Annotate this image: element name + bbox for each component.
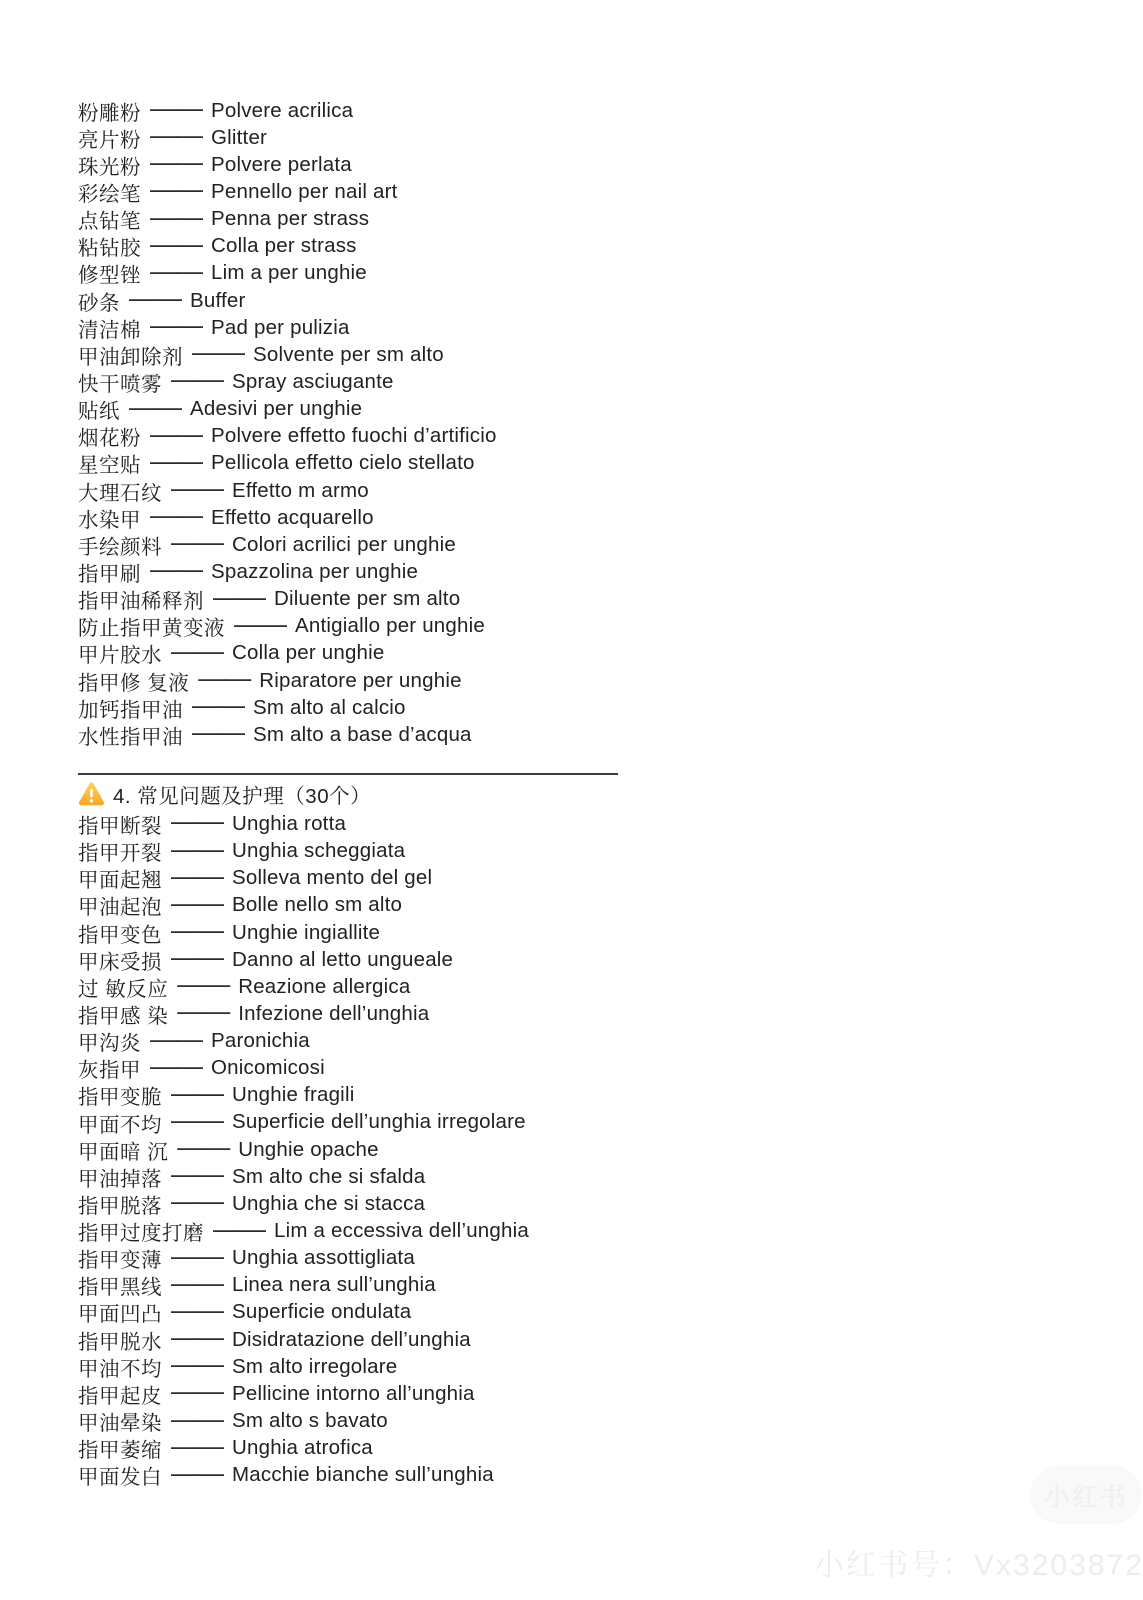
term-italian: Glitter	[211, 126, 267, 150]
term-chinese: 贴纸	[78, 394, 120, 424]
term-chinese: 砂条	[78, 286, 120, 316]
vocab-row: 加钙指甲油 —— Sm alto al calcio	[78, 694, 618, 721]
term-chinese: 粉雕粉	[78, 96, 141, 126]
vocab-row: 指甲变薄 —— Unghia assottigliata	[78, 1245, 618, 1272]
vocab-row: 水染甲 —— Effetto acquarello	[78, 504, 618, 531]
term-chinese: 甲面凹凸	[78, 1297, 162, 1327]
term-italian: Macchie bianche sull’unghia	[232, 1463, 494, 1487]
dash-separator: ——	[150, 149, 202, 176]
term-italian: Polvere acrilica	[211, 99, 353, 123]
dash-separator: ——	[150, 231, 202, 258]
dash-separator: ——	[177, 998, 229, 1025]
term-italian: Colla per strass	[211, 234, 357, 258]
term-chinese: 指甲开裂	[78, 836, 162, 866]
vocab-row: 指甲变脆 —— Unghie fragili	[78, 1082, 618, 1109]
dash-separator: ——	[192, 339, 244, 366]
term-chinese: 甲油不均	[78, 1352, 162, 1382]
term-italian: Solvente per sm alto	[253, 343, 444, 367]
term-chinese: 指甲修 复液	[78, 666, 189, 696]
term-italian: Spray asciugante	[232, 370, 394, 394]
vocab-row: 清洁棉 —— Pad per pulizia	[78, 314, 618, 341]
vocab-row: 甲面发白 —— Macchie bianche sull’unghia	[78, 1462, 618, 1489]
dash-separator: ——	[171, 890, 223, 917]
vocab-row: 指甲萎缩 —— Unghia atrofica	[78, 1435, 618, 1462]
term-chinese: 水染甲	[78, 503, 141, 533]
term-italian: Infezione dell’unghia	[238, 1002, 429, 1026]
vocab-row: 甲面凹凸 —— Superficie ondulata	[78, 1299, 618, 1326]
vocab-row: 灰指甲 —— Onicomicosi	[78, 1055, 618, 1082]
vocab-row: 指甲开裂 —— Unghia scheggiata	[78, 838, 618, 865]
dash-separator: ——	[192, 692, 244, 719]
vocab-row: 指甲过度打磨 —— Lim a eccessiva dell’unghia	[78, 1217, 618, 1244]
term-chinese: 指甲变脆	[78, 1080, 162, 1110]
dash-separator: ——	[213, 1216, 265, 1243]
term-italian: Antigiallo per unghie	[295, 614, 485, 638]
term-chinese: 甲油掉落	[78, 1162, 162, 1192]
term-chinese: 甲面起翘	[78, 863, 162, 893]
term-italian: Unghia che si stacca	[232, 1192, 425, 1216]
term-chinese: 甲面不均	[78, 1108, 162, 1138]
dash-separator: ——	[150, 95, 202, 122]
term-chinese: 指甲变色	[78, 918, 162, 948]
term-chinese: 指甲脱水	[78, 1325, 162, 1355]
dash-separator: ——	[150, 1026, 202, 1053]
term-italian: Unghie opache	[238, 1138, 379, 1162]
vocab-row: 甲油不均 —— Sm alto irregolare	[78, 1353, 618, 1380]
term-italian: Unghia assottigliata	[232, 1246, 415, 1270]
term-chinese: 加钙指甲油	[78, 693, 183, 723]
term-chinese: 指甲黑线	[78, 1270, 162, 1300]
dash-separator: ——	[177, 971, 229, 998]
term-italian: Polvere perlata	[211, 153, 352, 177]
term-chinese: 过 敏反应	[78, 972, 168, 1002]
term-italian: Polvere effetto fuochi d’artificio	[211, 424, 497, 448]
term-chinese: 指甲脱落	[78, 1189, 162, 1219]
dash-separator: ——	[150, 122, 202, 149]
dash-separator: ——	[171, 1460, 223, 1487]
dash-separator: ——	[171, 366, 223, 393]
term-chinese: 甲片胶水	[78, 638, 162, 668]
vocab-row: 指甲变色 —— Unghie ingiallite	[78, 919, 618, 946]
warning-icon	[78, 781, 105, 807]
dash-separator: ——	[171, 808, 223, 835]
vocab-row: 指甲油稀释剂 —— Diluente per sm alto	[78, 586, 618, 613]
dash-separator: ——	[171, 1243, 223, 1270]
term-chinese: 亮片粉	[78, 123, 141, 153]
vocab-row: 防止指甲黄变液 —— Antigiallo per unghie	[78, 613, 618, 640]
term-chinese: 甲油晕染	[78, 1406, 162, 1436]
vocab-row: 指甲刷 —— Spazzolina per unghie	[78, 558, 618, 585]
vocab-row: 甲片胶水 —— Colla per unghie	[78, 640, 618, 667]
term-chinese: 彩绘笔	[78, 177, 141, 207]
dash-separator: ——	[171, 638, 223, 665]
dash-separator: ——	[198, 665, 250, 692]
term-italian: Paronichia	[211, 1029, 310, 1053]
term-italian: Riparatore per unghie	[259, 669, 462, 693]
term-italian: Diluente per sm alto	[274, 587, 460, 611]
vocab-row: 星空贴 —— Pellicola effetto cielo stellato	[78, 450, 618, 477]
vocab-row: 甲油晕染 —— Sm alto s bavato	[78, 1407, 618, 1434]
term-italian: Danno al letto ungueale	[232, 948, 453, 972]
term-chinese: 烟花粉	[78, 421, 141, 451]
term-italian: Penna per strass	[211, 207, 369, 231]
dash-separator: ——	[171, 1351, 223, 1378]
dash-separator: ——	[171, 1161, 223, 1188]
term-chinese: 指甲油稀释剂	[78, 584, 204, 614]
dash-separator: ——	[171, 475, 223, 502]
dash-separator: ——	[171, 1270, 223, 1297]
dash-separator: ——	[150, 448, 202, 475]
vocab-row: 水性指甲油 —— Sm alto a base d’acqua	[78, 721, 618, 748]
vocab-row: 过 敏反应 —— Reazione allergica	[78, 973, 618, 1000]
term-chinese: 点钻笔	[78, 204, 141, 234]
dash-separator: ——	[171, 917, 223, 944]
term-italian: Unghie fragili	[232, 1083, 354, 1107]
vocab-row: 甲面暗 沉 —— Unghie opache	[78, 1136, 618, 1163]
dash-separator: ——	[150, 312, 202, 339]
section-divider	[78, 773, 618, 775]
term-chinese: 指甲断裂	[78, 809, 162, 839]
vocab-row: 指甲脱落 —— Unghia che si stacca	[78, 1190, 618, 1217]
dash-separator: ——	[171, 1378, 223, 1405]
term-italian: Disidratazione dell’unghia	[232, 1328, 471, 1352]
term-chinese: 灰指甲	[78, 1053, 141, 1083]
term-italian: Buffer	[190, 289, 246, 313]
term-chinese: 指甲萎缩	[78, 1433, 162, 1463]
term-italian: Sm alto a base d’acqua	[253, 723, 472, 747]
term-italian: Unghie ingiallite	[232, 921, 380, 945]
vocab-row: 指甲起皮 —— Pellicine intorno all’unghia	[78, 1380, 618, 1407]
section-header: 4. 常见问题及护理（30个）	[78, 778, 618, 810]
term-chinese: 甲沟炎	[78, 1026, 141, 1056]
term-italian: Lim a per unghie	[211, 261, 367, 285]
dash-separator: ——	[171, 1324, 223, 1351]
dash-separator: ——	[192, 719, 244, 746]
vocab-row: 指甲修 复液 —— Riparatore per unghie	[78, 667, 618, 694]
vocab-row: 甲油卸除剂 —— Solvente per sm alto	[78, 341, 618, 368]
term-italian: Pellicola effetto cielo stellato	[211, 451, 475, 475]
problems-vocab-list: 指甲断裂 —— Unghia rotta 指甲开裂 —— Unghia sche…	[78, 810, 618, 1489]
dash-separator: ——	[171, 1080, 223, 1107]
dash-separator: ——	[171, 944, 223, 971]
term-chinese: 清洁棉	[78, 313, 141, 343]
dash-separator: ——	[150, 556, 202, 583]
vocab-row: 指甲脱水 —— Disidratazione dell’unghia	[78, 1326, 618, 1353]
dash-separator: ——	[171, 1406, 223, 1433]
term-italian: Onicomicosi	[211, 1056, 325, 1080]
term-italian: Sm alto s bavato	[232, 1409, 388, 1433]
term-italian: Linea nera sull’unghia	[232, 1273, 436, 1297]
term-italian: Effetto m armo	[232, 479, 369, 503]
term-italian: Sm alto che si sfalda	[232, 1165, 425, 1189]
dash-separator: ——	[177, 1134, 229, 1161]
vocab-row: 甲面不均 —— Superficie dell’unghia irregolar…	[78, 1109, 618, 1136]
vocab-row: 甲面起翘 —— Solleva mento del gel	[78, 865, 618, 892]
dash-separator: ——	[129, 394, 181, 421]
vocab-row: 指甲黑线 —— Linea nera sull’unghia	[78, 1272, 618, 1299]
dash-separator: ——	[171, 1297, 223, 1324]
dash-separator: ——	[150, 421, 202, 448]
term-italian: Sm alto al calcio	[253, 696, 406, 720]
term-italian: Unghia scheggiata	[232, 839, 405, 863]
dash-separator: ——	[213, 584, 265, 611]
term-italian: Lim a eccessiva dell’unghia	[274, 1219, 529, 1243]
dash-separator: ——	[171, 1107, 223, 1134]
term-italian: Reazione allergica	[238, 975, 410, 999]
term-italian: Superficie dell’unghia irregolare	[232, 1110, 526, 1134]
term-italian: Unghia rotta	[232, 812, 346, 836]
vocab-row: 指甲断裂 —— Unghia rotta	[78, 810, 618, 837]
term-italian: Effetto acquarello	[211, 506, 374, 530]
dash-separator: ——	[171, 1188, 223, 1215]
term-italian: Spazzolina per unghie	[211, 560, 418, 584]
dash-separator: ——	[150, 204, 202, 231]
dash-separator: ——	[234, 611, 286, 638]
term-italian: Colla per unghie	[232, 641, 385, 665]
term-chinese: 甲面暗 沉	[78, 1135, 168, 1165]
dash-separator: ——	[171, 836, 223, 863]
dash-separator: ——	[171, 1433, 223, 1460]
term-italian: Pellicine intorno all’unghia	[232, 1382, 475, 1406]
vocab-row: 甲床受损 —— Danno al letto ungueale	[78, 946, 618, 973]
watermark-id-text: 小红书号：Vx3203872606	[814, 1540, 1143, 1584]
term-chinese: 甲床受损	[78, 945, 162, 975]
term-italian: Sm alto irregolare	[232, 1355, 397, 1379]
term-chinese: 珠光粉	[78, 150, 141, 180]
term-italian: Solleva mento del gel	[232, 866, 432, 890]
term-italian: Pad per pulizia	[211, 316, 350, 340]
term-italian: Adesivi per unghie	[190, 397, 362, 421]
xiaohongshu-badge-watermark: 小红书	[1030, 1466, 1142, 1524]
dash-separator: ——	[171, 529, 223, 556]
term-italian: Superficie ondulata	[232, 1300, 411, 1324]
vocab-row: 甲油掉落 —— Sm alto che si sfalda	[78, 1163, 618, 1190]
dash-separator: ——	[150, 1053, 202, 1080]
term-chinese: 星空贴	[78, 448, 141, 478]
term-chinese: 指甲刷	[78, 557, 141, 587]
term-chinese: 甲面发白	[78, 1460, 162, 1490]
term-chinese: 粘钻胶	[78, 231, 141, 261]
term-chinese: 指甲变薄	[78, 1243, 162, 1273]
dash-separator: ——	[171, 863, 223, 890]
term-italian: Bolle nello sm alto	[232, 893, 402, 917]
vocab-row: 甲油起泡 —— Bolle nello sm alto	[78, 892, 618, 919]
term-italian: Unghia atrofica	[232, 1436, 373, 1460]
dash-separator: ——	[150, 258, 202, 285]
page-content: 粉雕粉 —— Polvere acrilica 亮片粉 —— Glitter 珠…	[78, 97, 618, 1489]
section-title: 4. 常见问题及护理（30个）	[113, 779, 371, 809]
term-chinese: 指甲起皮	[78, 1379, 162, 1409]
term-italian: Pennello per nail art	[211, 180, 398, 204]
xiaohongshu-badge-label: 小红书	[1044, 1477, 1128, 1514]
tools-vocab-list: 粉雕粉 —— Polvere acrilica 亮片粉 —— Glitter 珠…	[78, 97, 618, 748]
dash-separator: ——	[150, 502, 202, 529]
term-italian: Colori acrilici per unghie	[232, 533, 456, 557]
dash-separator: ——	[129, 285, 181, 312]
term-chinese: 甲油卸除剂	[78, 340, 183, 370]
dash-separator: ——	[150, 176, 202, 203]
term-chinese: 甲油起泡	[78, 890, 162, 920]
term-chinese: 水性指甲油	[78, 720, 183, 750]
